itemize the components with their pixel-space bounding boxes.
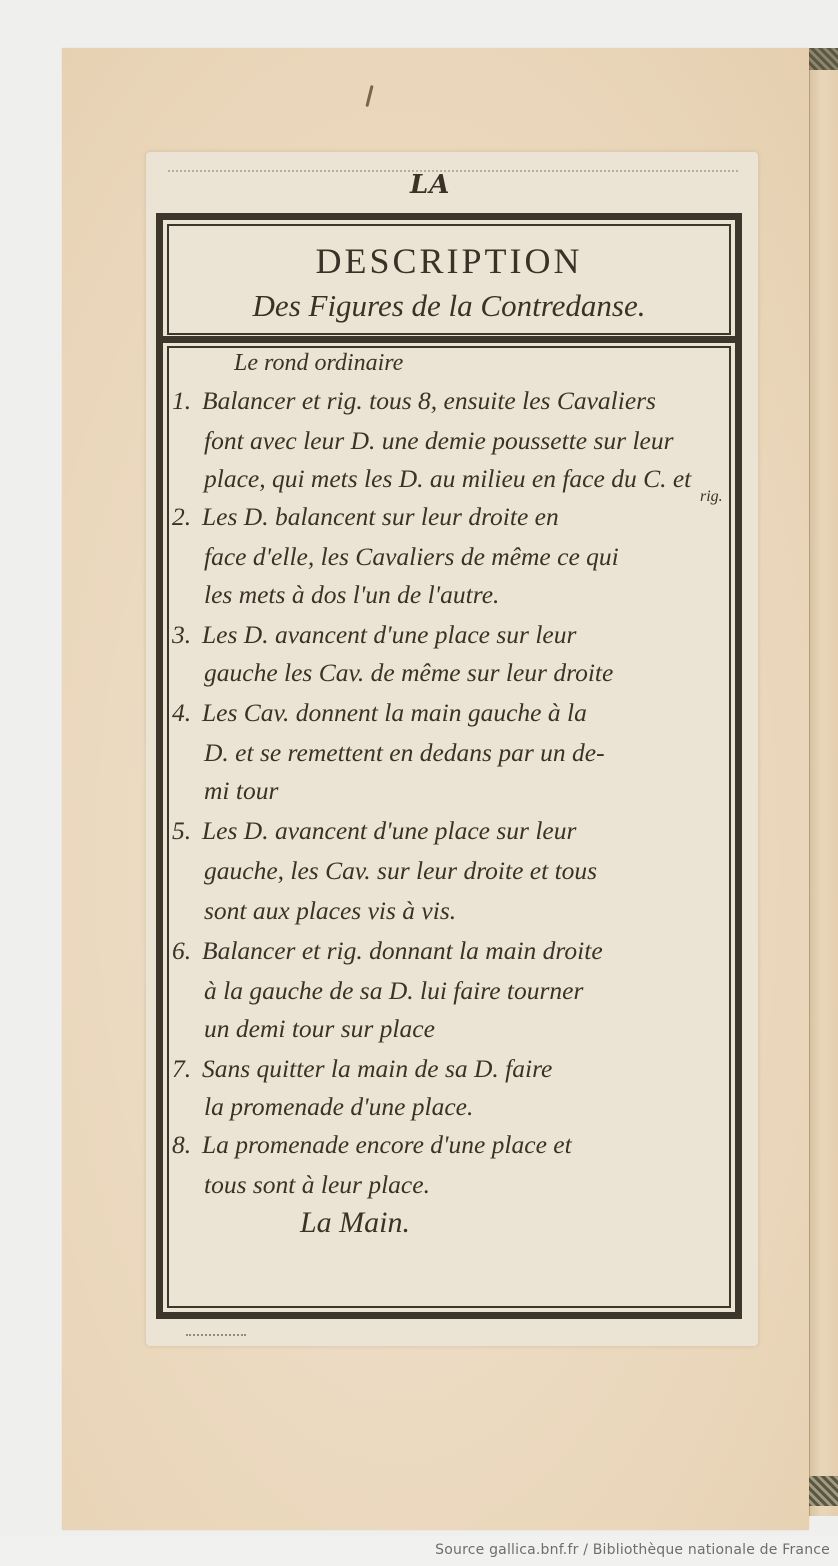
figure-6-line-3: un demi tour sur place: [204, 1014, 435, 1044]
figure-1-line-1: 1.Balancer et rig. tous 8, ensuite les C…: [172, 386, 656, 416]
header-divider: [163, 336, 735, 343]
figure-7-line-1: 7.Sans quitter la main de sa D. faire: [172, 1054, 552, 1084]
page-title: DESCRIPTION: [167, 240, 731, 282]
figure-5-line-3: sont aux places vis à vis.: [204, 896, 456, 926]
figure-1-line-2: font avec leur D. une demie poussette su…: [204, 426, 674, 456]
binding-cloth-top: [806, 48, 838, 70]
figure-3-line-1: 3.Les D. avancent d'une place sur leur: [172, 620, 576, 650]
figure-4-line-2: D. et se remettent en dedans par un de-: [204, 738, 605, 768]
plate-edge-marks-bottom: [186, 1334, 246, 1338]
figure-number: 2.: [172, 502, 202, 532]
figure-number: 8.: [172, 1130, 202, 1160]
figure-number: 7.: [172, 1054, 202, 1084]
figure-5-line-2: gauche, les Cav. sur leur droite et tous: [204, 856, 597, 886]
figure-number: 1.: [172, 386, 202, 416]
binding-cloth-bottom: [808, 1476, 838, 1506]
catchword: LA: [410, 170, 530, 200]
figure-3-line-2: gauche les Cav. de même sur leur droite: [204, 658, 613, 688]
figure-2-line-3: les mets à dos l'un de l'autre.: [204, 580, 499, 610]
figure-number: 4.: [172, 698, 202, 728]
section-heading: Le rond ordinaire: [234, 350, 403, 377]
figure-5-line-1: 5.Les D. avancent d'une place sur leur: [172, 816, 576, 846]
page-subtitle: Des Figures de la Contredanse.: [167, 288, 731, 324]
figure-number: 5.: [172, 816, 202, 846]
figure-4-line-1: 4.Les Cav. donnent la main gauche à la: [172, 698, 587, 728]
figure-number: 3.: [172, 620, 202, 650]
adjacent-page-edge: [809, 66, 838, 1516]
superscript-annotation: rig.: [700, 488, 723, 506]
closing-title: La Main.: [300, 1206, 410, 1240]
figure-6-line-2: à la gauche de sa D. lui faire tourner: [204, 976, 583, 1006]
figure-6-line-1: 6.Balancer et rig. donnant la main droit…: [172, 936, 603, 966]
figure-8-line-1: 8.La promenade encore d'une place et: [172, 1130, 572, 1160]
source-credit: Source gallica.bnf.fr / Bibliothèque nat…: [435, 1542, 830, 1558]
figure-2-line-1: 2.Les D. balancent sur leur droite en: [172, 502, 559, 532]
figure-8-line-2: tous sont à leur place.: [204, 1170, 430, 1200]
figure-2-line-2: face d'elle, les Cavaliers de même ce qu…: [204, 542, 619, 572]
figure-7-line-2: la promenade d'une place.: [204, 1092, 473, 1122]
figure-1-line-3: place, qui mets les D. au milieu en face…: [204, 464, 691, 494]
figure-4-line-3: mi tour: [204, 776, 278, 806]
figure-number: 6.: [172, 936, 202, 966]
